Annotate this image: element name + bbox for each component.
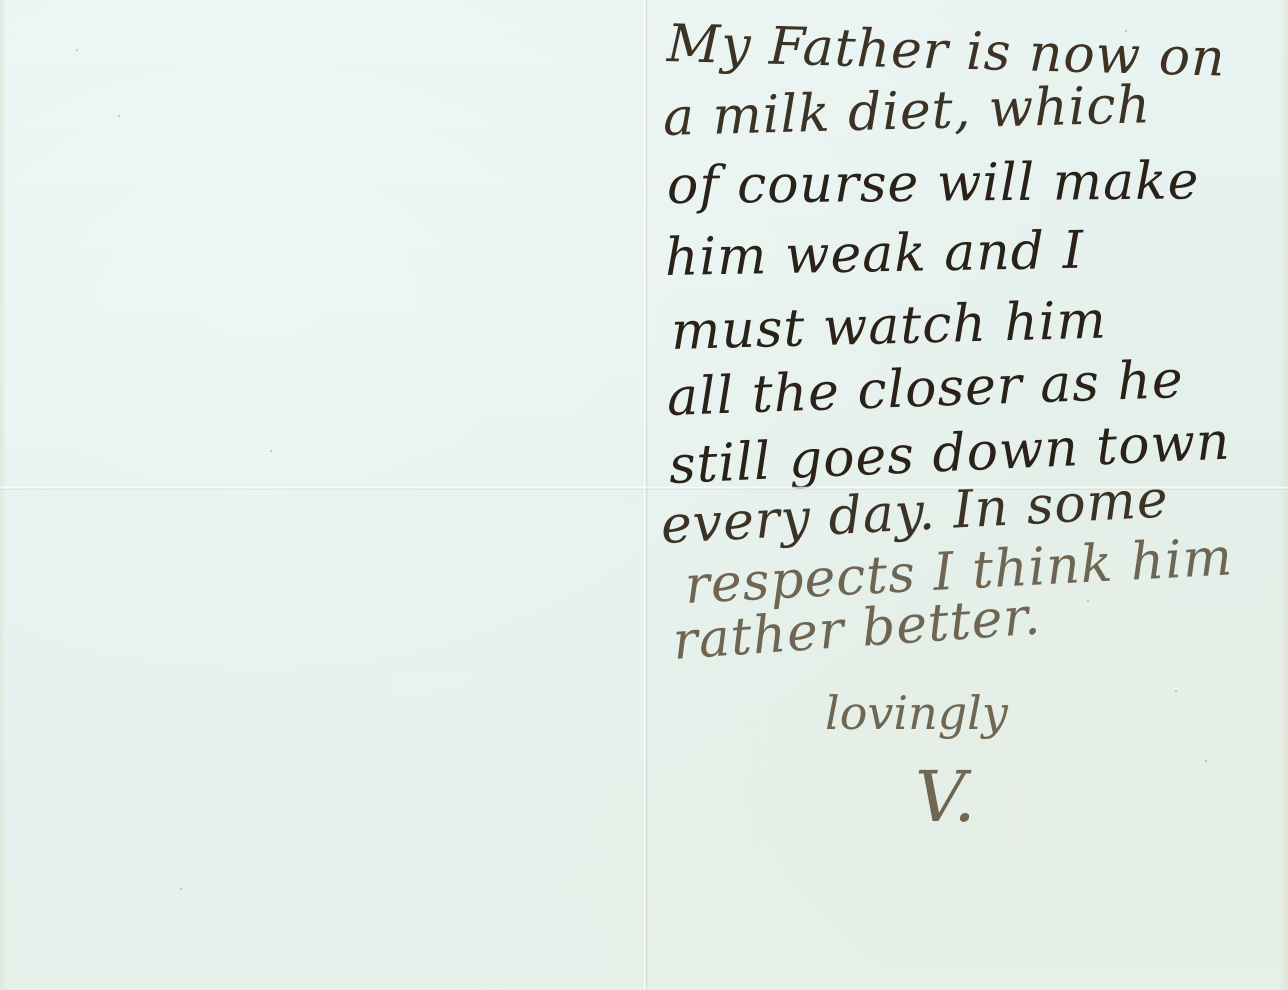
letter-line-2: a milk diet, which	[662, 79, 1151, 144]
right-page: My Father is now on a milk diet, which o…	[645, 0, 1288, 990]
paper-speck	[1087, 600, 1089, 602]
paper-speck	[1205, 760, 1207, 762]
paper-speck	[118, 115, 120, 117]
left-page-blank	[0, 0, 645, 990]
horizontal-fold-crease	[0, 486, 1288, 490]
paper-speck	[1125, 30, 1127, 32]
letter-line-6: all the closer as he	[666, 354, 1184, 424]
letter-line-4: him weak and I	[665, 225, 1085, 284]
paper-speck	[76, 49, 78, 51]
letter-closing: lovingly	[825, 686, 1008, 740]
paper-speck	[180, 888, 182, 890]
letter-line-3: of course will make	[667, 155, 1200, 212]
letter-signature: V.	[915, 756, 976, 838]
vertical-fold-crease	[643, 0, 648, 990]
paper-speck	[1175, 690, 1177, 692]
letter-body: My Father is now on a milk diet, which o…	[645, 0, 1288, 990]
letter-line-5: must watch him	[670, 295, 1107, 358]
paper-speck	[270, 450, 272, 452]
letter-sheet: My Father is now on a milk diet, which o…	[0, 0, 1288, 990]
